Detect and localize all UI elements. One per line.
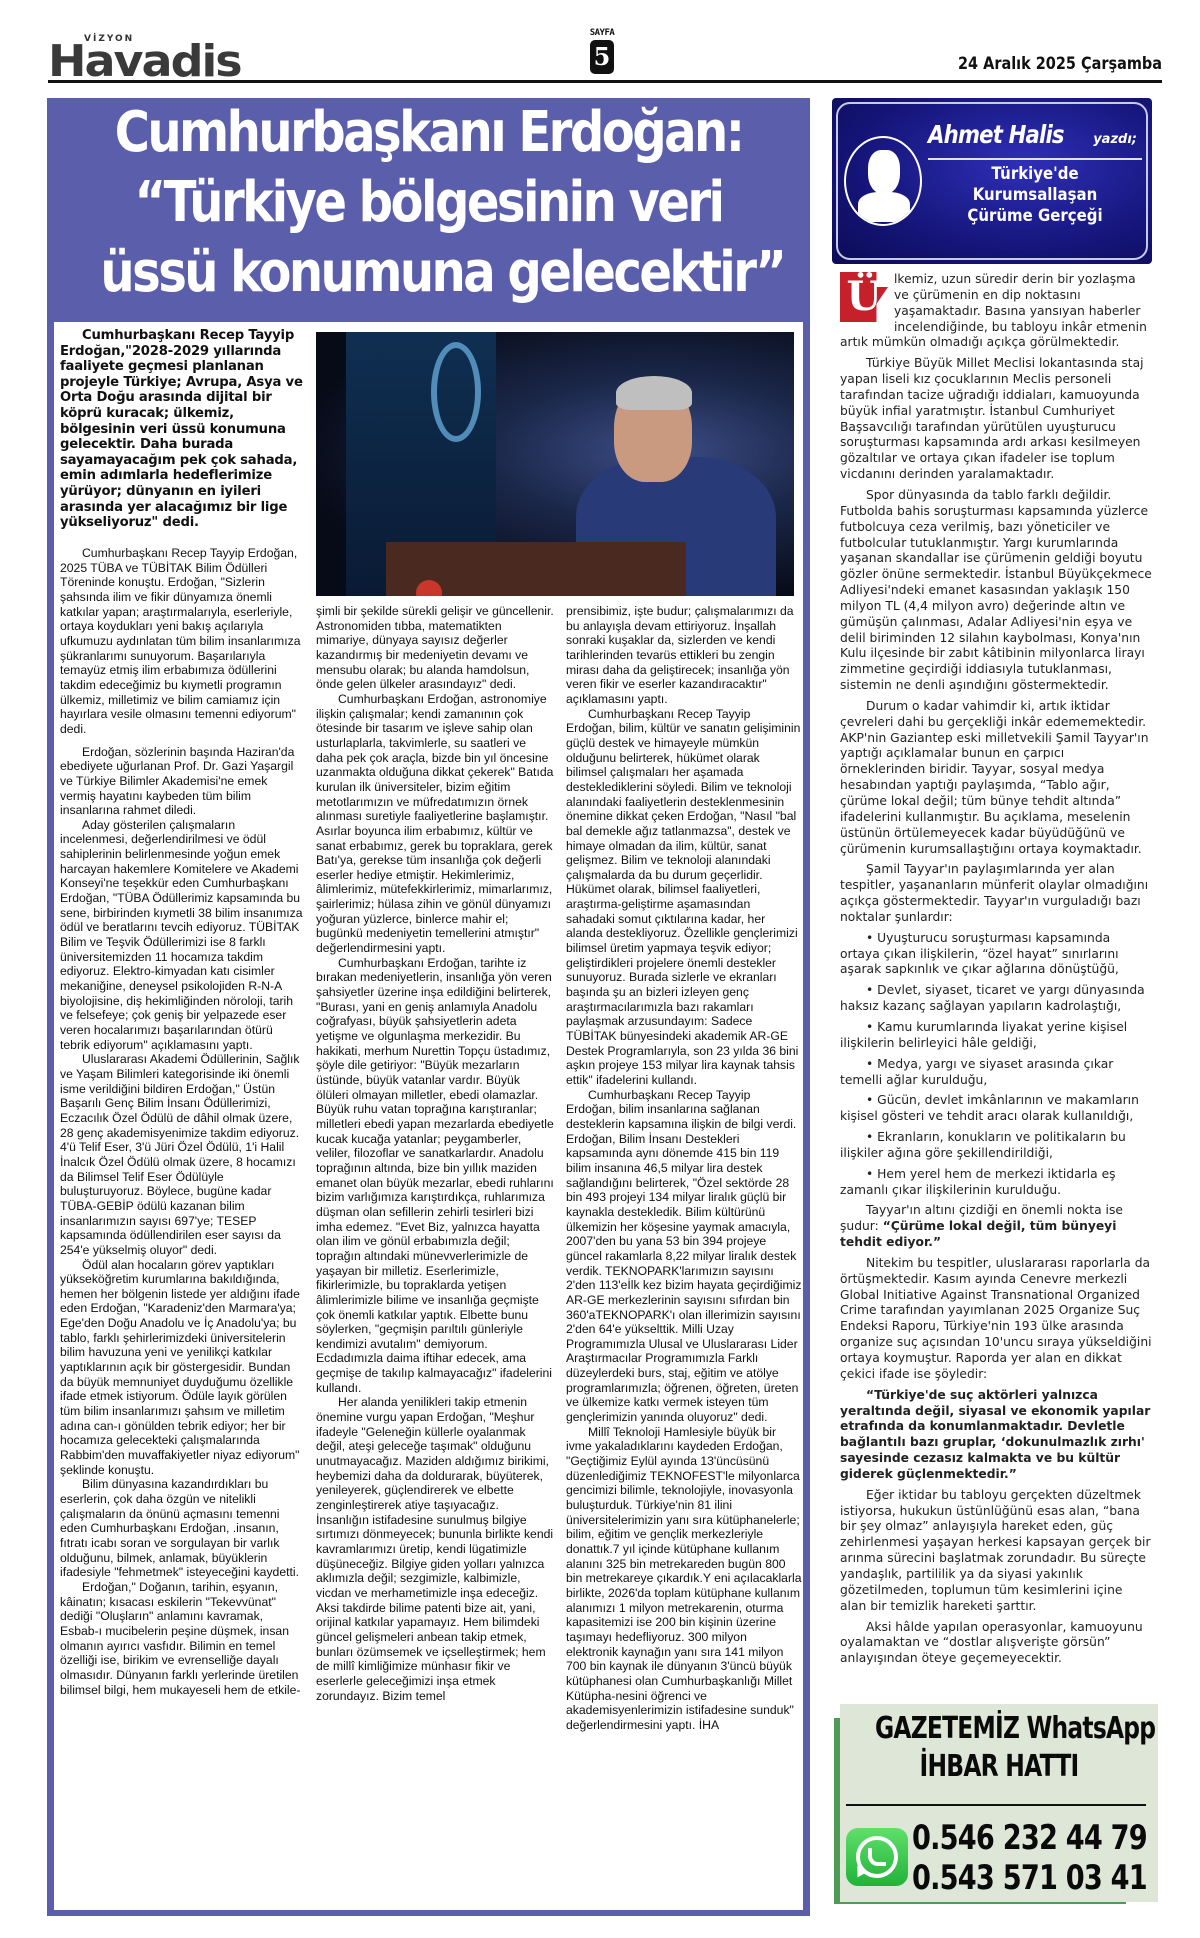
bullet-item: • Gücün, devlet imkânlarının ve makamlar… (840, 1093, 1152, 1125)
bullet-item: • Uyuşturucu soruşturması kapsamında ort… (840, 931, 1152, 979)
masthead-divider (48, 80, 1162, 83)
paragraph: Her alanda yenilikleri takip etmenin öne… (316, 1395, 554, 1703)
article-photo[interactable] (316, 332, 794, 596)
paragraph: Cumhurbaşkanı Recep Tayyip Erdoğan, bili… (566, 707, 802, 1088)
paragraph: Bilim dünyasına kazandırdıkları bu eserl… (60, 1477, 304, 1580)
report-quote: “Türkiye'de suç aktörleri yalnızca yeral… (840, 1388, 1152, 1483)
opinion-paragraph: Ülkemiz, uzun süredir derin bir yozlaşma… (840, 272, 1152, 351)
author-suffix: yazdı; (1093, 132, 1137, 147)
paragraph: Ödül alan hocaların görev yaptıkları yük… (60, 1258, 304, 1478)
whatsapp-tip-line-ad[interactable]: GAZETEMİZ WhatsApp İHBAR HATTI 0.546 232… (834, 1704, 1152, 1904)
paragraph: Cumhurbaşkanı Erdoğan, astronomiye ilişk… (316, 692, 554, 956)
author-silhouette-icon (844, 136, 922, 226)
headline-line-3: üssü konumuna gelecektir” (100, 238, 756, 308)
article-headline: Cumhurbaşkanı Erdoğan: “Türkiye bölgesin… (47, 98, 810, 320)
phone-number-1[interactable]: 0.546 232 44 79 (912, 1818, 1107, 1858)
paragraph: Erdoğan, sözlerinin başında Haziran'da e… (60, 745, 304, 818)
opinion-title: Türkiye'de Kurumsallaşan Çürüme Gerçeği (941, 164, 1129, 227)
bullet-item: • Devlet, siyaset, ticaret ve yargı düny… (840, 983, 1152, 1015)
paragraph: Cumhurbaşkanı Erdoğan, tarihte iz bıraka… (316, 956, 554, 1396)
logo-title: Havadis (48, 39, 241, 83)
opinion-body: Ülkemiz, uzun süredir derin bir yozlaşma… (840, 272, 1152, 1672)
key-point: Tayyar'ın altını çizdiği en önemli nokta… (840, 1203, 1152, 1251)
opinion-paragraph: Türkiye Büyük Millet Meclisi lokantasınd… (840, 356, 1152, 483)
headline-line-1: Cumhurbaşkanı Erdoğan: (100, 98, 756, 168)
page-indicator: SAYFA 5 (582, 28, 622, 74)
opinion-paragraph: Durum o kadar vahimdir ki, artık iktidar… (840, 699, 1152, 857)
article-body: Cumhurbaşkanı Recep Tayyip Erdoğan,"2028… (54, 322, 803, 1910)
paragraph: prensibimiz, işte budur; çalışmalarımızı… (566, 604, 802, 707)
page-label: SAYFA (582, 28, 622, 38)
paragraph: Millî Teknoloji Hamlesiyle büyük bir ivm… (566, 1425, 802, 1733)
paragraph: Aday gösterilen çalışmaların incelenmesi… (60, 818, 304, 1053)
photo-speaker-hair (616, 376, 692, 410)
ad-phone-numbers: 0.546 232 44 79 0.543 571 03 41 (912, 1818, 1107, 1898)
ad-box: GAZETEMİZ WhatsApp İHBAR HATTI 0.546 232… (840, 1704, 1158, 1902)
article-column-1: Cumhurbaşkanı Recep Tayyip Erdoğan, 2025… (60, 546, 304, 1697)
article-lead: Cumhurbaşkanı Recep Tayyip Erdoğan,"2028… (60, 328, 304, 531)
paragraph: Cumhurbaşkanı Recep Tayyip Erdoğan, bili… (566, 1088, 802, 1425)
paragraph: şimli bir şekilde sürekli gelişir ve gün… (316, 604, 554, 692)
headline-line-2: “Türkiye bölgesinin veri (100, 168, 756, 238)
paragraph: Erdoğan," Doğanın, tarihin, eşyanın, kâi… (60, 1580, 304, 1697)
opinion-column-banner[interactable]: Ahmet Halis yazdı; Türkiye'de Kurumsalla… (832, 98, 1152, 264)
ad-title: GAZETEMİZ WhatsApp İHBAR HATTI (875, 1710, 1123, 1786)
drop-cap: Ü (840, 272, 888, 322)
photo-logo-ring (431, 342, 481, 442)
paragraph: Cumhurbaşkanı Recep Tayyip Erdoğan, 2025… (60, 546, 304, 737)
bullet-item: • Hem yerel hem de merkezi iktidarla eş … (840, 1167, 1152, 1199)
article-column-3: prensibimiz, işte budur; çalışmalarımızı… (566, 604, 802, 1733)
paragraph: Uluslararası Akademi Ödüllerinin, Sağlık… (60, 1052, 304, 1257)
opinion-paragraph: Spor dünyasında da tablo farklı değildir… (840, 488, 1152, 694)
bullet-item: • Ekranların, konukların ve politikaları… (840, 1130, 1152, 1162)
phone-number-2[interactable]: 0.543 571 03 41 (912, 1858, 1107, 1898)
bullet-item: • Kamu kurumlarında liyakat yerine kişis… (840, 1020, 1152, 1052)
ad-divider (846, 1804, 1146, 1806)
issue-date: 24 Aralık 2025 Çarşamba (958, 54, 1162, 74)
whatsapp-icon (846, 1828, 908, 1886)
opinion-paragraph: Nitekim bu tespitler, uluslararası rapor… (840, 1256, 1152, 1383)
main-article: Cumhurbaşkanı Erdoğan: “Türkiye bölgesin… (47, 98, 810, 1916)
opinion-paragraph: Aksi hâlde yapılan operasyonlar, kamuoyu… (840, 1620, 1152, 1668)
banner-divider (928, 158, 1142, 160)
article-column-2: şimli bir şekilde sürekli gelişir ve gün… (316, 604, 554, 1703)
author-name: Ahmet Halis (928, 120, 1064, 149)
page-number: 5 (590, 40, 614, 74)
bullet-item: • Medya, yargı ve siyaset arasında çıkar… (840, 1057, 1152, 1089)
opinion-paragraph: Eğer iktidar bu tabloyu gerçekten düzelt… (840, 1488, 1152, 1615)
masthead: VİZYON Havadis SAYFA 5 24 Aralık 2025 Ça… (48, 28, 1162, 82)
opinion-paragraph: Şamil Tayyar'ın paylaşımlarında yer alan… (840, 862, 1152, 925)
author-byline: Ahmet Halis yazdı; (928, 120, 1148, 149)
